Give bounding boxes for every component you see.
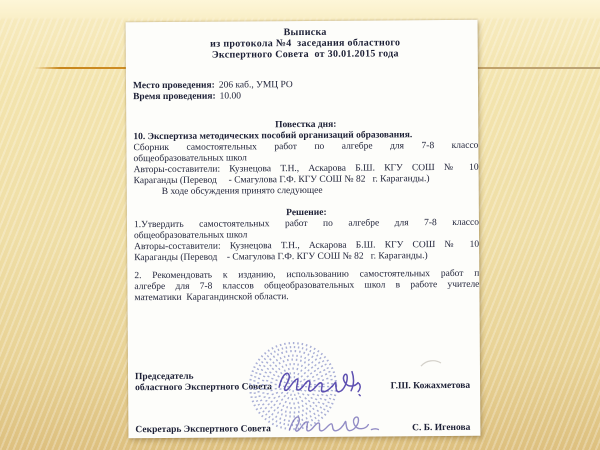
document-content: Выписка из протокола №4 заседания област… — [133, 20, 481, 436]
meta-place-value: 206 каб., УМЦ РО — [219, 80, 293, 91]
spacer — [133, 101, 478, 121]
chairman-name: Г.Ш. Кожахметова — [391, 381, 481, 393]
spacer — [133, 59, 478, 81]
secretary-name: С. Б. Игенова — [412, 423, 480, 434]
secretary-signature-row: Секретарь Экспертного СоветаС. Б. Игенов… — [135, 423, 480, 436]
meta-place-label: Место проведения: — [133, 81, 215, 92]
chairman-title-line2: областного Экспертного Совета — [135, 382, 272, 394]
secretary-title: Секретарь Экспертного Совета — [135, 424, 271, 436]
presentation-slide: Выписка из протокола №4 заседания област… — [0, 0, 600, 450]
spacer — [135, 392, 480, 425]
meta-time-label: Время проведения: — [133, 92, 216, 103]
spacer — [135, 302, 480, 372]
meta-time-value: 10.00 — [220, 91, 241, 101]
top-light-band — [0, 0, 600, 20]
document-scan: Выписка из протокола №4 заседания област… — [126, 20, 481, 438]
